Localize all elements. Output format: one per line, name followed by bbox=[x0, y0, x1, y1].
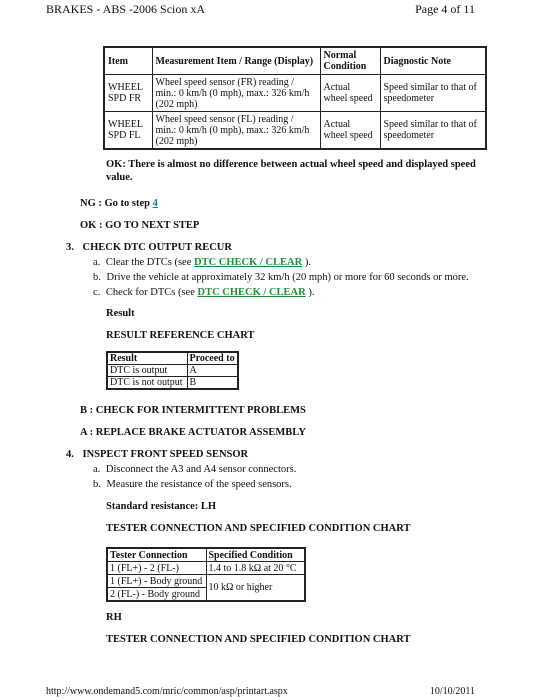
table-cell: B bbox=[187, 377, 238, 390]
table-row: 1 (FL+) - Body ground 10 kΩ or higher bbox=[107, 575, 305, 588]
standard-resistance-lh: Standard resistance: LH bbox=[106, 501, 216, 512]
table-cell: A bbox=[187, 365, 238, 377]
dtc-check-clear-link[interactable]: DTC CHECK / CLEAR bbox=[194, 257, 302, 268]
step-3c: c. Check for DTCs (see DTC CHECK / CLEAR… bbox=[93, 287, 314, 298]
result-a-instruction: A : REPLACE BRAKE ACTUATOR ASSEMBLY bbox=[80, 427, 306, 438]
result-b-instruction: B : CHECK FOR INTERMITTENT PROBLEMS bbox=[80, 405, 306, 416]
step-number: 3. bbox=[66, 242, 74, 253]
step-3-heading: 3. CHECK DTC OUTPUT RECUR bbox=[66, 242, 232, 253]
print-date: 10/10/2011 bbox=[430, 686, 475, 697]
table-cell: Speed similar to that of speedometer bbox=[380, 75, 486, 112]
step-text: Disconnect the A3 and A4 sensor connecto… bbox=[106, 464, 296, 475]
step-text: Clear the DTCs (see bbox=[106, 257, 194, 268]
table-cell: 10 kΩ or higher bbox=[206, 575, 305, 602]
table-cell: 2 (FL-) - Body ground bbox=[107, 588, 206, 602]
step-text: ). bbox=[302, 257, 311, 268]
step-4a: a. Disconnect the A3 and A4 sensor conne… bbox=[93, 464, 296, 475]
step-title: INSPECT FRONT SPEED SENSOR bbox=[83, 449, 249, 460]
table-row: DTC is output A bbox=[107, 365, 238, 377]
table-cell: Actual wheel speed bbox=[320, 112, 380, 150]
table-header-row: Item Measurement Item / Range (Display) … bbox=[104, 47, 486, 75]
table-cell: 1 (FL+) - Body ground bbox=[107, 575, 206, 588]
table-cell: Actual wheel speed bbox=[320, 75, 380, 112]
document-title: BRAKES - ABS -2006 Scion xA bbox=[46, 2, 205, 17]
table-cell: 1 (FL+) - 2 (FL-) bbox=[107, 562, 206, 575]
list-marker: c. bbox=[93, 287, 100, 298]
table-cell: WHEEL SPD FR bbox=[104, 75, 152, 112]
list-marker: b. bbox=[93, 479, 101, 490]
step-3a: a. Clear the DTCs (see DTC CHECK / CLEAR… bbox=[93, 257, 311, 268]
table-row: DTC is not output B bbox=[107, 377, 238, 390]
source-url: http://www.ondemand5.com/mric/common/asp… bbox=[46, 686, 288, 697]
step-4-link[interactable]: 4 bbox=[153, 198, 158, 209]
page-indicator: Page 4 of 11 bbox=[415, 2, 475, 17]
data-list-table: Item Measurement Item / Range (Display) … bbox=[103, 46, 487, 150]
column-header: Proceed to bbox=[187, 352, 238, 365]
ok-criteria-note: OK: There is almost no difference betwee… bbox=[106, 158, 491, 184]
step-text: ). bbox=[306, 287, 315, 298]
table-header-row: Tester Connection Specified Condition bbox=[107, 548, 305, 562]
table-cell: Wheel speed sensor (FR) reading / min.: … bbox=[152, 75, 320, 112]
result-chart-title: RESULT REFERENCE CHART bbox=[106, 330, 254, 341]
column-header: Diagnostic Note bbox=[380, 47, 486, 75]
table-header-row: Result Proceed to bbox=[107, 352, 238, 365]
table-cell: 1.4 to 1.8 kΩ at 20 °C bbox=[206, 562, 305, 575]
rh-label: RH bbox=[106, 612, 122, 623]
step-3b: b. Drive the vehicle at approximately 32… bbox=[93, 272, 469, 283]
ng-instruction: NG : Go to step 4 bbox=[80, 198, 158, 209]
tester-chart-title-lh: TESTER CONNECTION AND SPECIFIED CONDITIO… bbox=[106, 523, 410, 534]
list-marker: a. bbox=[93, 464, 100, 475]
table-row: WHEEL SPD FR Wheel speed sensor (FR) rea… bbox=[104, 75, 486, 112]
column-header: Specified Condition bbox=[206, 548, 305, 562]
step-text: Drive the vehicle at approximately 32 km… bbox=[107, 272, 469, 283]
result-label: Result bbox=[106, 308, 135, 319]
table-cell: Speed similar to that of speedometer bbox=[380, 112, 486, 150]
step-title: CHECK DTC OUTPUT RECUR bbox=[83, 242, 232, 253]
column-header: Item bbox=[104, 47, 152, 75]
column-header: Result bbox=[107, 352, 187, 365]
table-cell: DTC is not output bbox=[107, 377, 187, 390]
table-row: WHEEL SPD FL Wheel speed sensor (FL) rea… bbox=[104, 112, 486, 150]
step-4b: b. Measure the resistance of the speed s… bbox=[93, 479, 292, 490]
table-cell: DTC is output bbox=[107, 365, 187, 377]
table-cell: WHEEL SPD FL bbox=[104, 112, 152, 150]
dtc-check-clear-link[interactable]: DTC CHECK / CLEAR bbox=[197, 287, 305, 298]
column-header: Tester Connection bbox=[107, 548, 206, 562]
step-number: 4. bbox=[66, 449, 74, 460]
tester-connection-table: Tester Connection Specified Condition 1 … bbox=[106, 547, 306, 602]
column-header: Measurement Item / Range (Display) bbox=[152, 47, 320, 75]
step-4-heading: 4. INSPECT FRONT SPEED SENSOR bbox=[66, 449, 248, 460]
ng-text: NG : Go to step bbox=[80, 198, 153, 209]
tester-chart-title-rh: TESTER CONNECTION AND SPECIFIED CONDITIO… bbox=[106, 634, 410, 645]
column-header: Normal Condition bbox=[320, 47, 380, 75]
table-cell: Wheel speed sensor (FL) reading / min.: … bbox=[152, 112, 320, 150]
step-text: Check for DTCs (see bbox=[106, 287, 198, 298]
list-marker: b. bbox=[93, 272, 101, 283]
ok-instruction: OK : GO TO NEXT STEP bbox=[80, 220, 199, 231]
table-row: 1 (FL+) - 2 (FL-) 1.4 to 1.8 kΩ at 20 °C bbox=[107, 562, 305, 575]
list-marker: a. bbox=[93, 257, 100, 268]
result-reference-table: Result Proceed to DTC is output A DTC is… bbox=[106, 351, 239, 390]
step-text: Measure the resistance of the speed sens… bbox=[107, 479, 292, 490]
